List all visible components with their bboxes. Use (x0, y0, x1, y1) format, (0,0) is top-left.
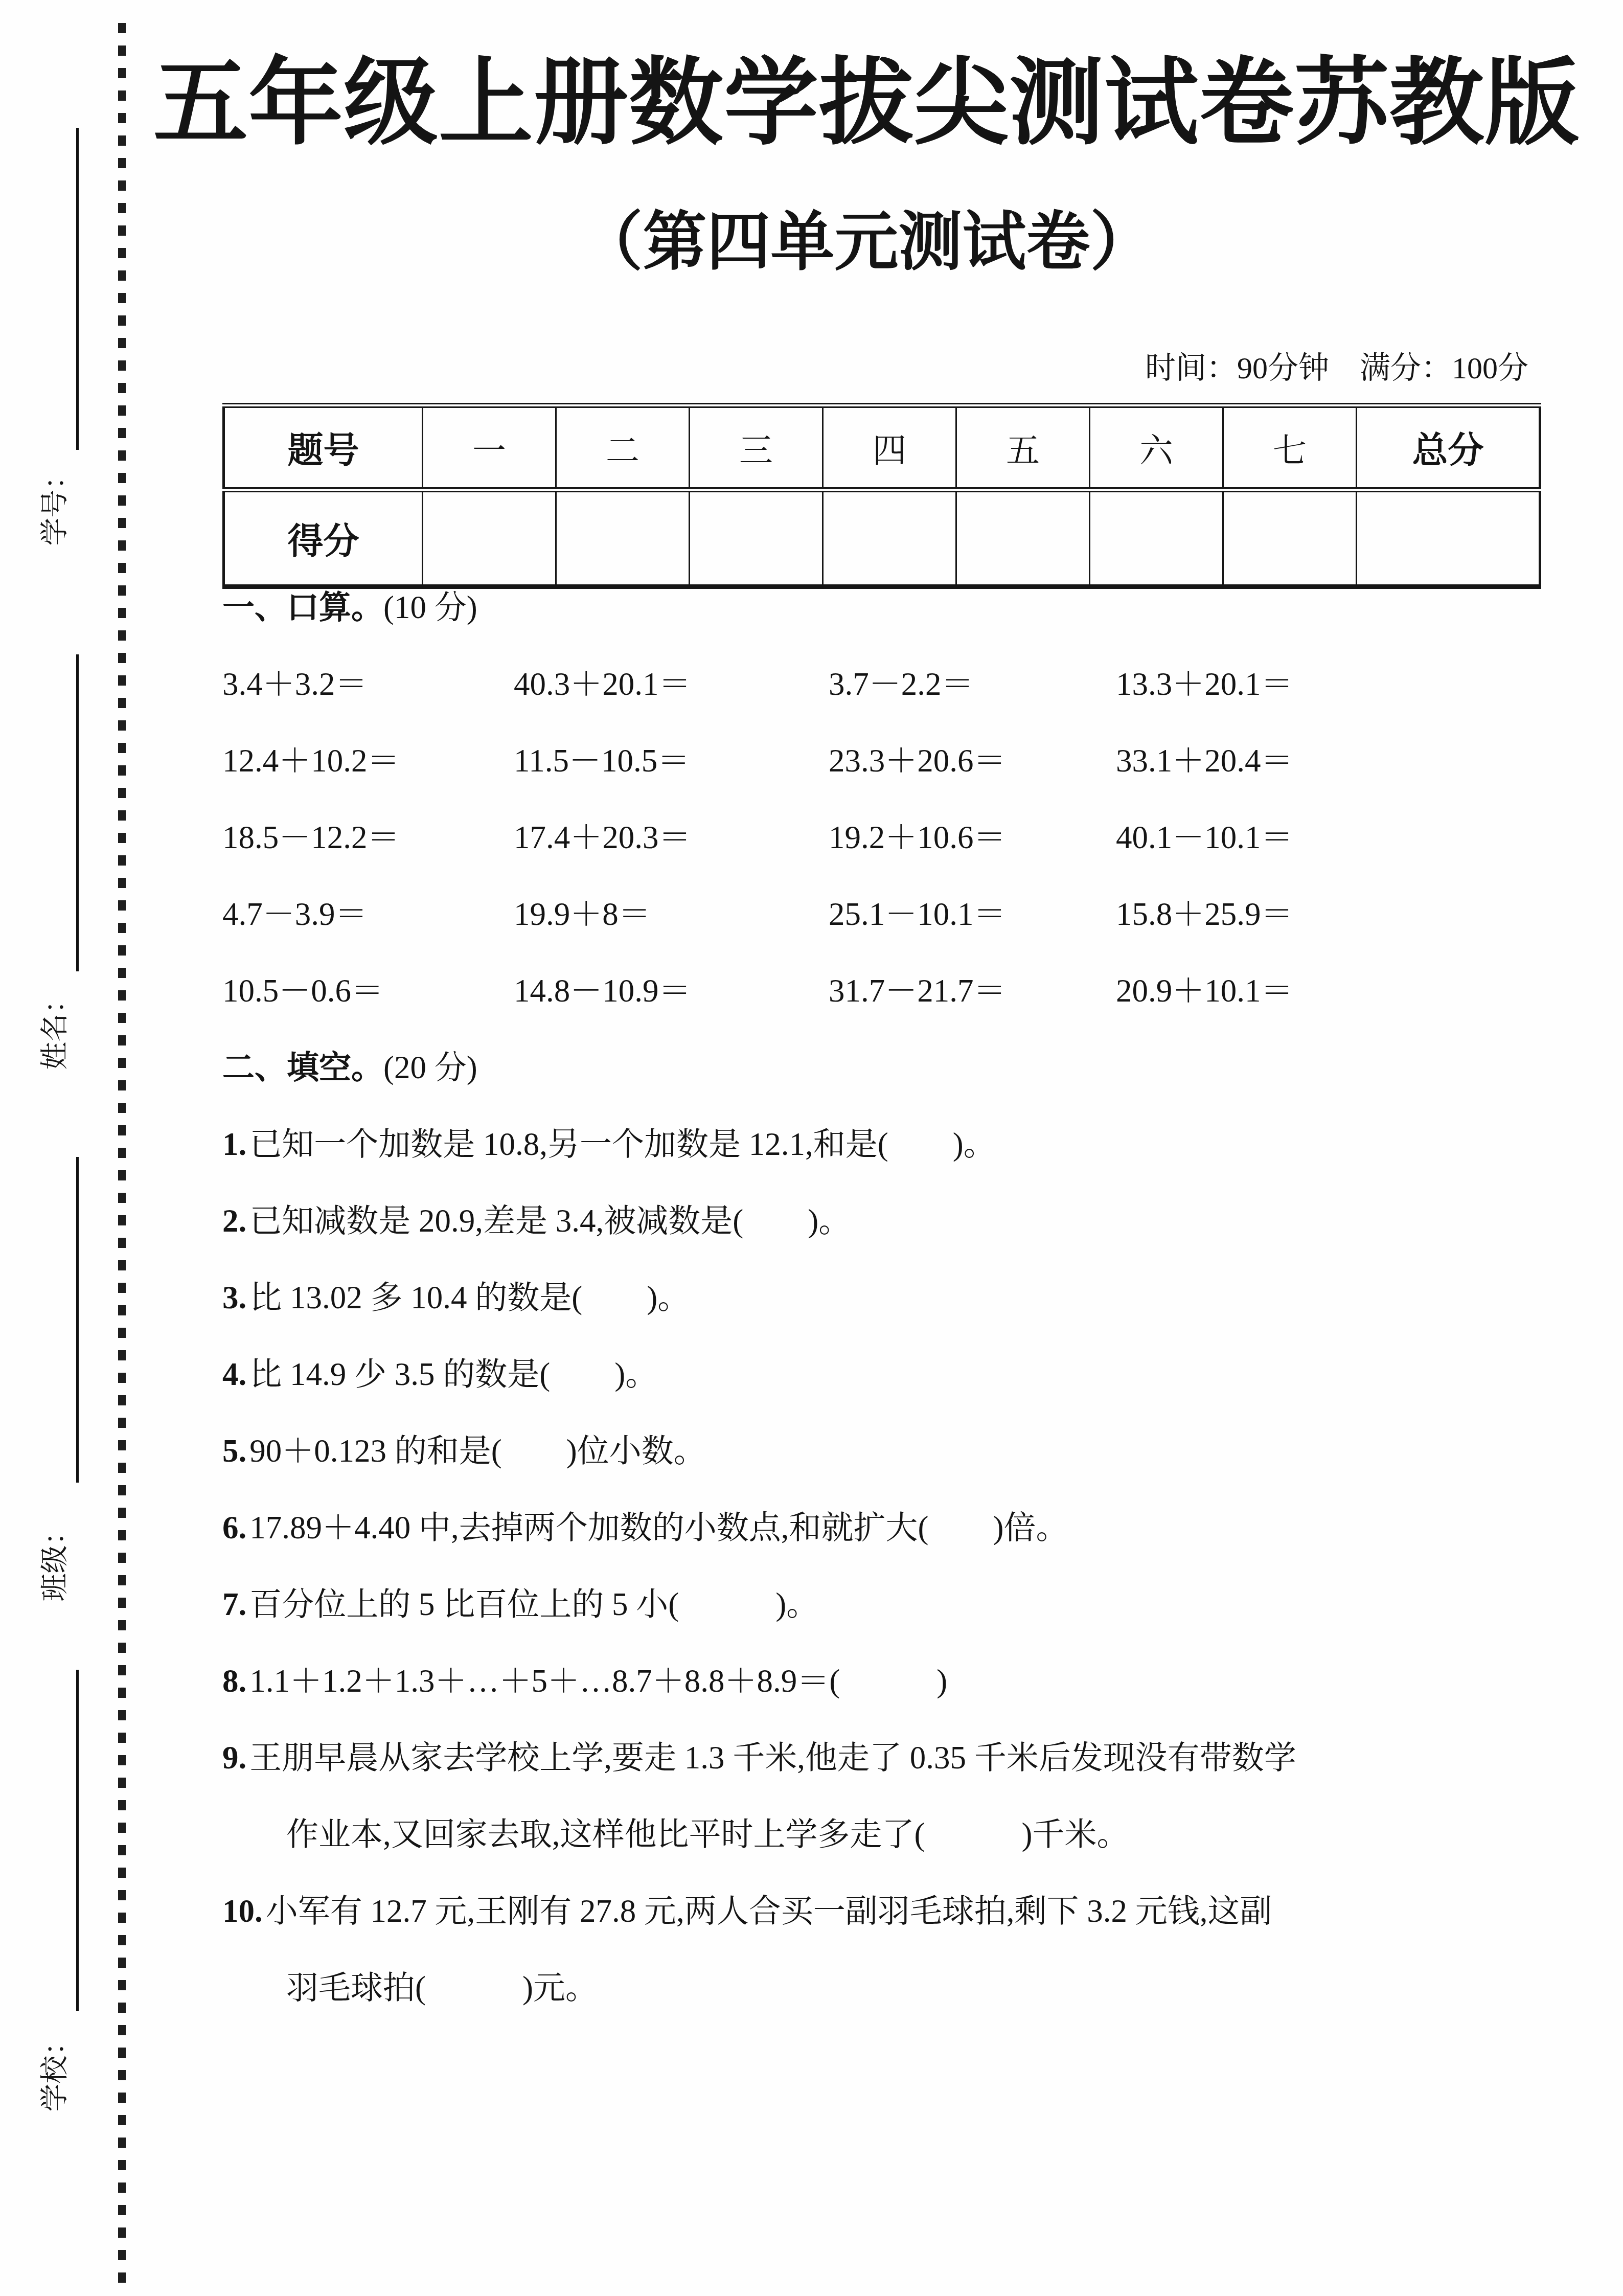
oral-problem: 17.4＋20.3＝ (514, 799, 829, 876)
section-heading: 二、填空。(20 分) (222, 1029, 1562, 1106)
score-table-header-cell: 七 (1223, 405, 1357, 490)
score-table-header-cell: 总分 (1357, 405, 1540, 490)
fill-item-text: 作业本,又回家去取,这样他比平时上学多走了( )千米。 (286, 1816, 1129, 1852)
page-subtitle: （第四单元测试卷） (125, 190, 1608, 282)
oral-problem: 20.9＋10.1＝ (1116, 952, 1562, 1029)
oral-problem: 12.4＋10.2＝ (222, 722, 514, 799)
oral-problem: 14.8－10.9＝ (514, 952, 829, 1029)
fill-item-line: 6.17.89＋4.40 中,去掉两个加数的小数点,和就扩大( )倍。 (222, 1489, 1562, 1566)
student-info-label: 姓名： (32, 985, 72, 1070)
fill-item-number: 1. (222, 1126, 249, 1162)
fill-item-line: 7.百分位上的 5 比百位上的 5 小( )。 (222, 1566, 1562, 1643)
oral-problem: 31.7－21.7＝ (829, 952, 1116, 1029)
fill-item-text: 羽毛球拍( )元。 (286, 1970, 598, 2006)
section-heading: 一、口算。(10 分) (222, 569, 1562, 646)
time-score-note: 时间：90分钟 满分：100分 (1145, 344, 1528, 388)
student-info-write-line (76, 654, 79, 971)
oral-problem: 33.1＋20.4＝ (1116, 722, 1562, 799)
fill-item-text: 比 13.02 多 10.4 的数是( )。 (249, 1280, 690, 1315)
oral-problem: 11.5－10.5＝ (514, 722, 829, 799)
page-title: 五年级上册数学拔尖测试卷苏教版 (125, 27, 1608, 163)
fill-item-number: 3. (222, 1280, 249, 1315)
fill-item-number: 2. (222, 1203, 249, 1239)
oral-problem: 25.1－10.1＝ (829, 876, 1116, 952)
score-table-header-cell: 五 (956, 405, 1090, 490)
student-info-label: 学号： (32, 461, 72, 545)
score-table-header-cell: 题号 (224, 405, 423, 490)
fill-item-number: 10. (222, 1893, 266, 1929)
oral-problem: 10.5－0.6＝ (222, 952, 514, 1029)
student-info-write-line (76, 128, 79, 450)
fill-item-number: 4. (222, 1356, 249, 1392)
section-heading-points: (10 分) (383, 589, 477, 625)
fill-item-continuation: 羽毛球拍( )元。 (222, 1949, 1562, 2026)
fill-item-text: 王朋早晨从家去学校上学,要走 1.3 千米,他走了 0.35 千米后发现没有带数… (249, 1740, 1296, 1776)
fill-item-line: 8.1.1＋1.2＋1.3＋…＋5＋…8.7＋8.8＋8.9＝( ) (222, 1643, 1562, 1719)
fill-item-text: 已知一个加数是 10.8,另一个加数是 12.1,和是( )。 (249, 1126, 995, 1162)
fill-item-line: 1.已知一个加数是 10.8,另一个加数是 12.1,和是( )。 (222, 1106, 1562, 1183)
oral-calc-row: 10.5－0.6＝14.8－10.9＝31.7－21.7＝20.9＋10.1＝ (222, 952, 1562, 1029)
oral-calc-row: 18.5－12.2＝17.4＋20.3＝19.2＋10.6＝40.1－10.1＝ (222, 799, 1562, 876)
score-table-header-cell: 三 (690, 405, 823, 490)
oral-calc-row: 4.7－3.9＝19.9＋8＝25.1－10.1＝15.8＋25.9＝ (222, 876, 1562, 952)
section-heading-points: (20 分) (383, 1050, 477, 1085)
fill-item-text: 已知减数是 20.9,差是 3.4,被减数是( )。 (249, 1203, 851, 1239)
fill-item-text: 比 14.9 少 3.5 的数是( )。 (249, 1356, 657, 1392)
student-info-label: 学校： (32, 2027, 72, 2111)
score-table: 题号一二三四五六七总分得分 (222, 403, 1541, 589)
fill-item-text: 17.89＋4.40 中,去掉两个加数的小数点,和就扩大( )倍。 (249, 1510, 1068, 1545)
oral-problem: 23.3＋20.6＝ (829, 722, 1116, 799)
fill-item-line: 9.王朋早晨从家去学校上学,要走 1.3 千米,他走了 0.35 千米后发现没有… (222, 1719, 1562, 1796)
oral-problem: 13.3＋20.1＝ (1116, 646, 1562, 722)
fill-item-line: 3.比 13.02 多 10.4 的数是( )。 (222, 1259, 1562, 1336)
paper-content: 五年级上册数学拔尖测试卷苏教版 （第四单元测试卷） 时间：90分钟 满分：100… (125, 0, 1623, 2296)
fill-item-number: 6. (222, 1510, 249, 1545)
oral-problem: 18.5－12.2＝ (222, 799, 514, 876)
fill-item-number: 7. (222, 1586, 249, 1622)
score-table-header-cell: 四 (823, 405, 956, 490)
fill-item-line: 5.90＋0.123 的和是( )位小数。 (222, 1413, 1562, 1489)
section-heading-title: 一、口算。 (222, 589, 383, 625)
fill-item-text: 90＋0.123 的和是( )位小数。 (249, 1433, 705, 1469)
oral-problem: 3.7－2.2＝ (829, 646, 1116, 722)
oral-calc-row: 3.4＋3.2＝40.3＋20.1＝3.7－2.2＝13.3＋20.1＝ (222, 646, 1562, 722)
fill-item-number: 5. (222, 1433, 249, 1469)
oral-problem: 15.8＋25.9＝ (1116, 876, 1562, 952)
fill-item-text: 1.1＋1.2＋1.3＋…＋5＋…8.7＋8.8＋8.9＝( ) (249, 1663, 947, 1699)
oral-problem: 19.9＋8＝ (514, 876, 829, 952)
fill-item-text: 百分位上的 5 比百位上的 5 小( )。 (249, 1586, 818, 1622)
student-info-write-line (76, 1157, 79, 1483)
fill-item-line: 4.比 14.9 少 3.5 的数是( )。 (222, 1336, 1562, 1413)
questions-area: 一、口算。(10 分)3.4＋3.2＝40.3＋20.1＝3.7－2.2＝13.… (222, 569, 1562, 2026)
fill-item-line: 10.小军有 12.7 元,王刚有 27.8 元,两人合买一副羽毛球拍,剩下 3… (222, 1873, 1562, 1949)
oral-problem: 3.4＋3.2＝ (222, 646, 514, 722)
oral-problem: 4.7－3.9＝ (222, 876, 514, 952)
score-table-header-cell: 六 (1090, 405, 1223, 490)
section-heading-title: 二、填空。 (222, 1050, 383, 1085)
fill-item-continuation: 作业本,又回家去取,这样他比平时上学多走了( )千米。 (222, 1796, 1562, 1873)
oral-problem: 40.1－10.1＝ (1116, 799, 1562, 876)
oral-calc-row: 12.4＋10.2＝11.5－10.5＝23.3＋20.6＝33.1＋20.4＝ (222, 722, 1562, 799)
score-table-header-cell: 二 (556, 405, 690, 490)
score-table-header-cell: 一 (423, 405, 556, 490)
score-table-header-row: 题号一二三四五六七总分 (224, 405, 1540, 490)
fill-item-number: 8. (222, 1663, 249, 1699)
oral-problem: 19.2＋10.6＝ (829, 799, 1116, 876)
fill-item-text: 小军有 12.7 元,王刚有 27.8 元,两人合买一副羽毛球拍,剩下 3.2 … (266, 1893, 1272, 1929)
oral-problem: 40.3＋20.1＝ (514, 646, 829, 722)
fill-item-number: 9. (222, 1740, 249, 1776)
student-info-write-line (76, 1670, 79, 2011)
fill-item-line: 2.已知减数是 20.9,差是 3.4,被减数是( )。 (222, 1183, 1562, 1259)
cut-dashed-line (118, 23, 126, 2293)
test-paper-page: { "page": { "title": "五年级上册数学拔尖测试卷苏教版", … (0, 0, 1623, 2296)
student-info-label: 班级： (32, 1517, 72, 1601)
